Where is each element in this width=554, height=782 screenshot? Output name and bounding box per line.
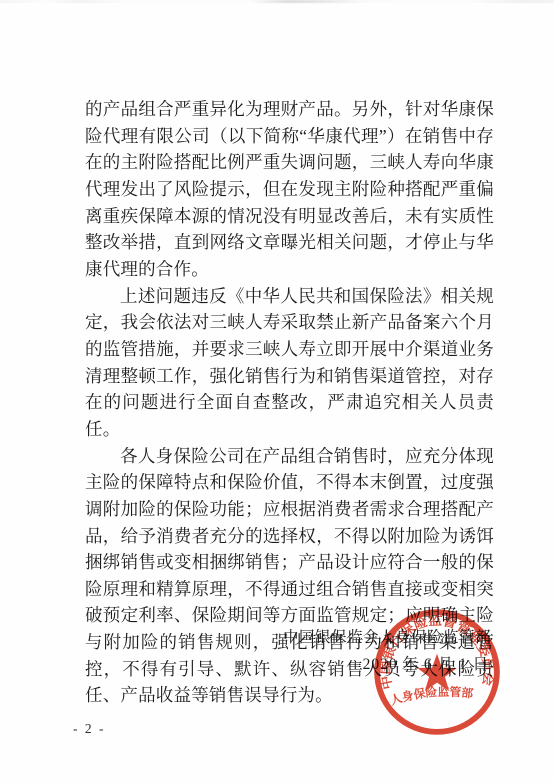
seal-bottom-text: 人身保险监管部	[389, 685, 474, 708]
body-paragraph-1: 的产品组合严重异化为理财产品。另外，针对华康保险代理有限公司（以下简称“华康代理…	[85, 96, 494, 283]
document-page: 的产品组合严重异化为理财产品。另外，针对华康保险代理有限公司（以下简称“华康代理…	[0, 0, 554, 782]
seal-star-icon	[417, 654, 456, 692]
scan-artifact-top-edge	[0, 0, 554, 3]
official-seal: 中国银行保险监督管理委员会 人身保险监管部	[371, 606, 503, 738]
page-number: - 2 -	[73, 721, 106, 737]
body-paragraph-2: 上述问题违反《中华人民共和国保险法》相关规定，我会依法对三峡人寿采取禁止新产品备…	[85, 283, 494, 443]
